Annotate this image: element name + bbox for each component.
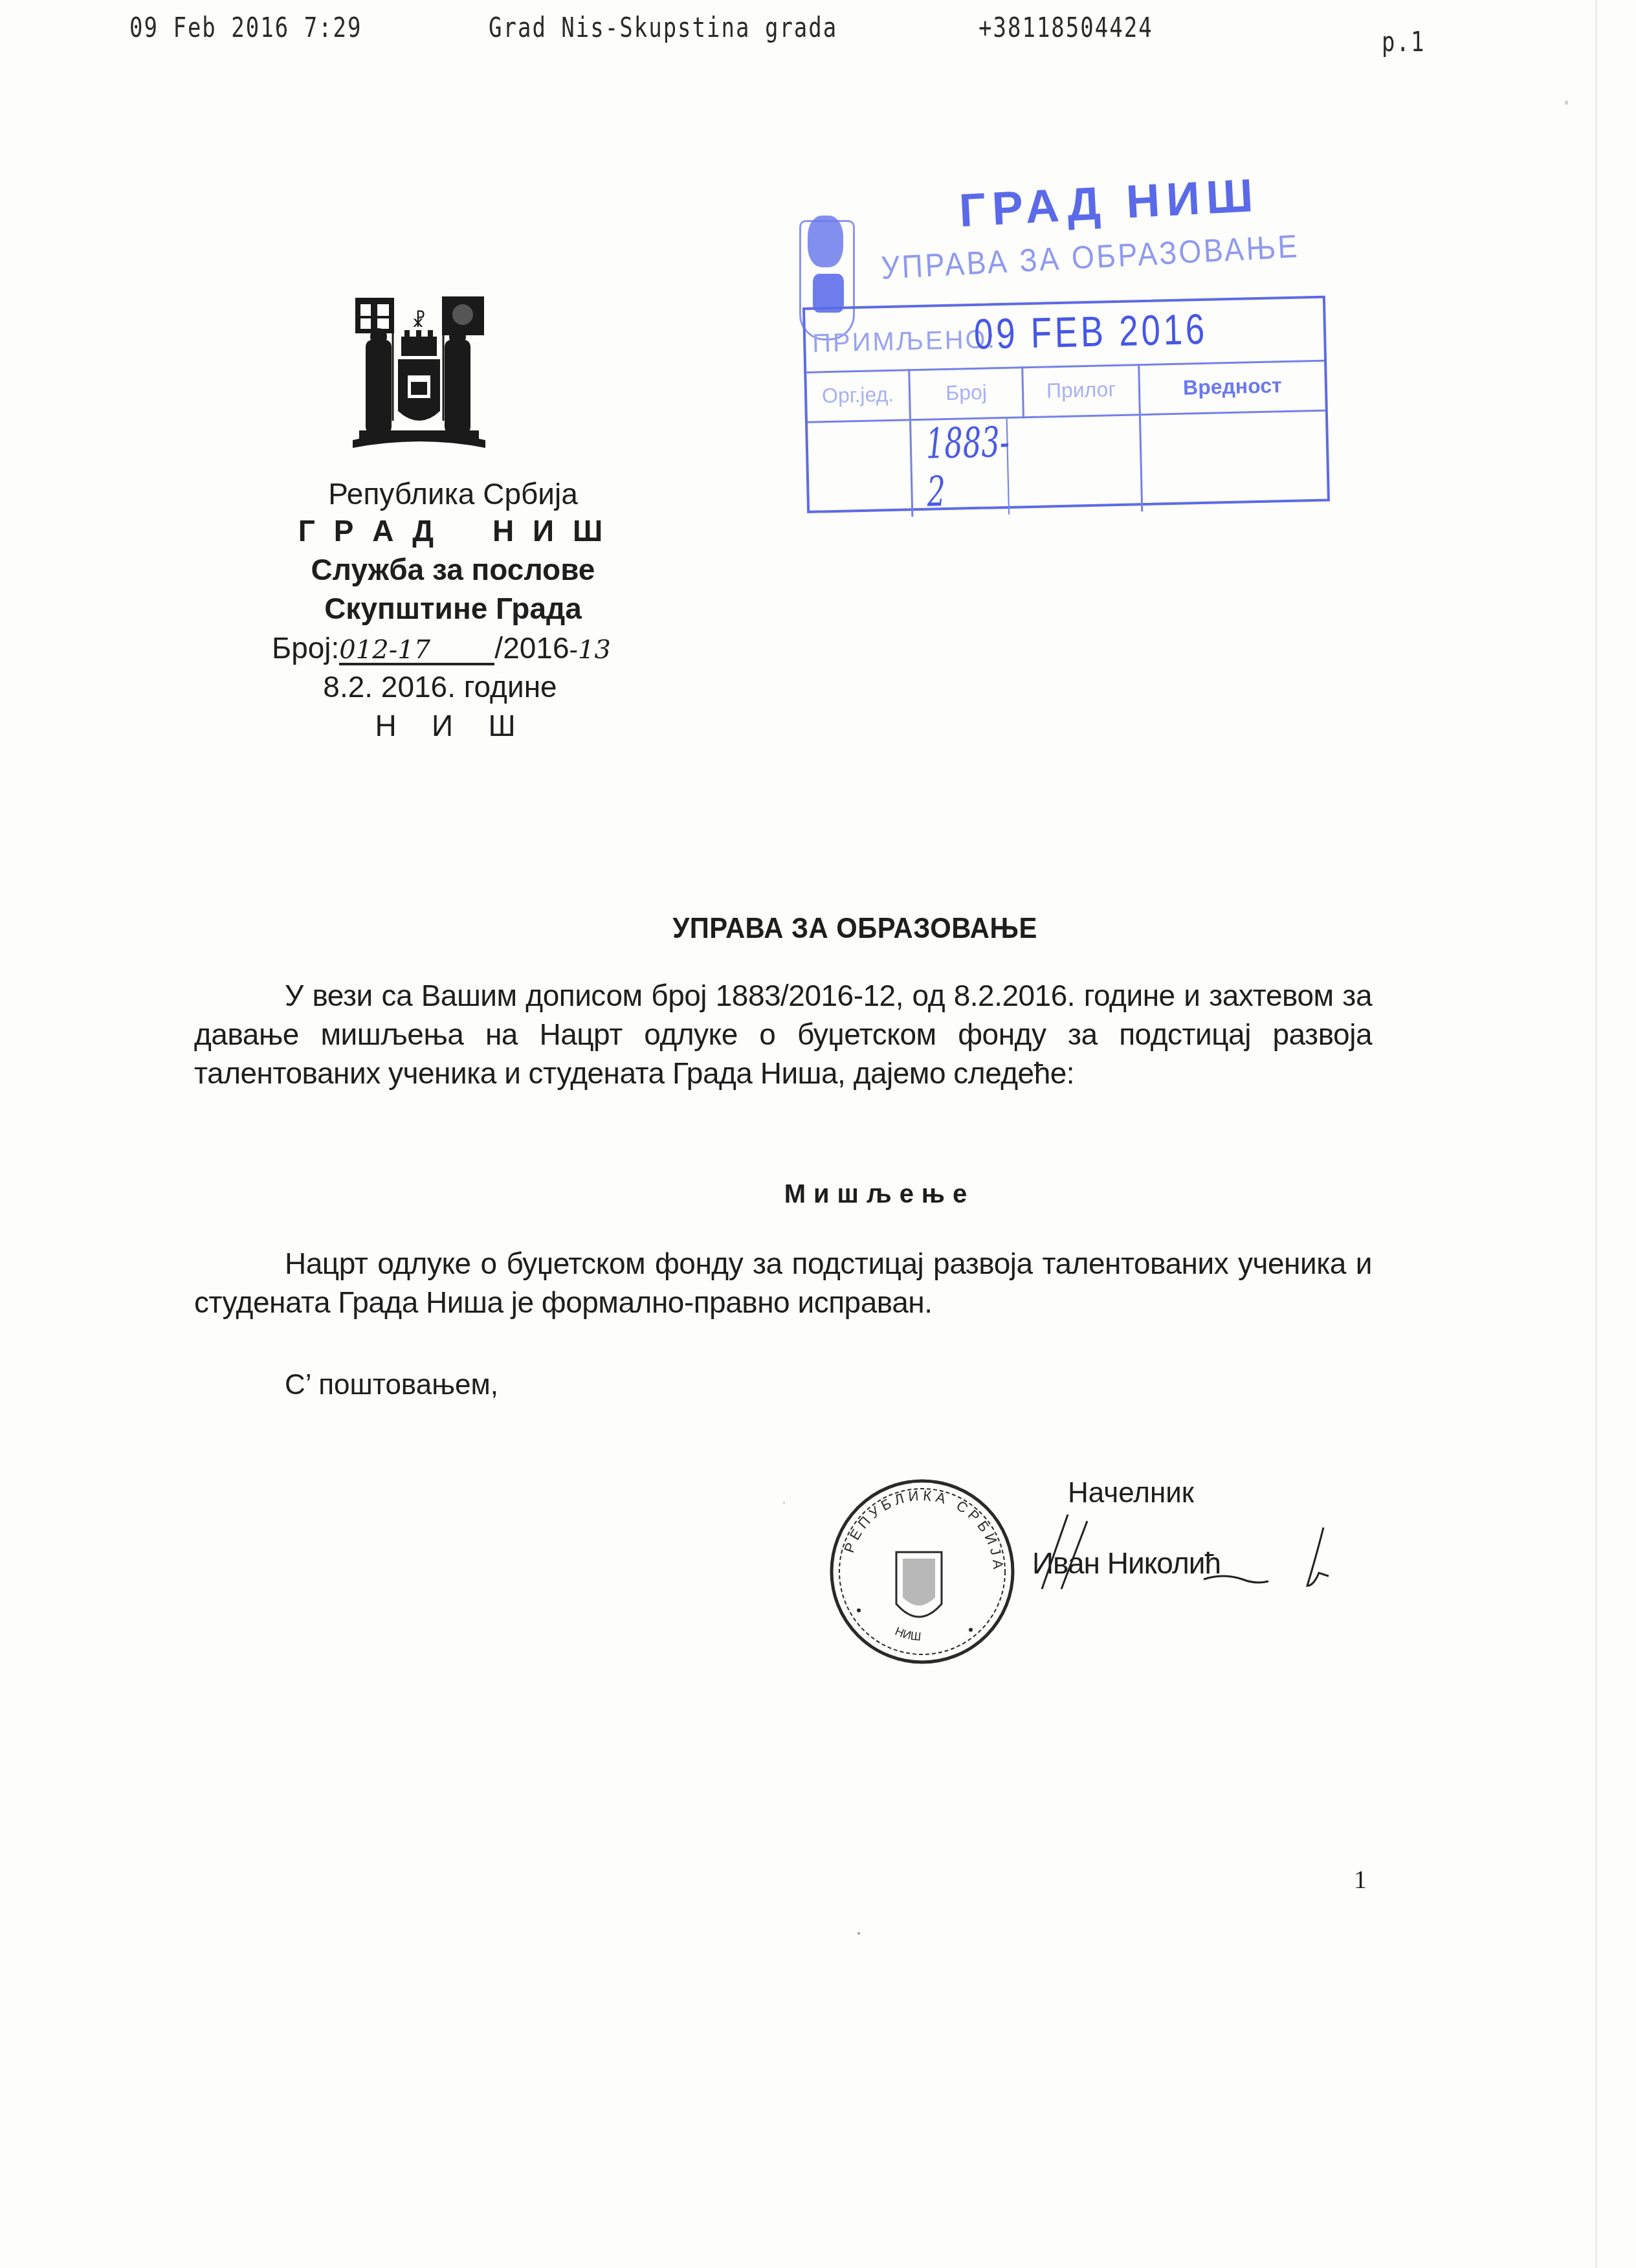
letterhead-country: Република Србија: [246, 479, 660, 509]
number-handwritten: 012-17: [339, 635, 430, 665]
page-number: 1: [1354, 1864, 1367, 1895]
svg-text:НИШ: НИШ: [893, 1625, 922, 1643]
stamp-department: УПРАВА ЗА ОБРАЗОВАЊЕ: [880, 227, 1301, 287]
stamp-received-date: 09 FEB 2016: [973, 304, 1208, 359]
scan-speck: [783, 1502, 785, 1504]
received-stamp: ПРИМЉЕНО: 09 FEB 2016 Орг.јед. Број Прил…: [802, 296, 1330, 513]
number-handwritten-suffix: -13: [569, 635, 610, 665]
scan-edge: [1595, 0, 1597, 2268]
stamp-val-attachment: [1024, 416, 1143, 514]
letterhead-date: 8.2. 2016. године: [233, 672, 647, 702]
stamp-title: ГРАД НИШ: [958, 169, 1261, 238]
number-suffix: /2016: [494, 631, 569, 665]
opinion-paragraph: Нацрт одлуке о буџетском фонду за подсти…: [194, 1244, 1372, 1322]
stamp-val-number: 1883-2: [928, 419, 1010, 517]
opinion-heading: Мишљење: [0, 1180, 1636, 1209]
stamp-received-label: ПРИМЉЕНО:: [812, 325, 997, 358]
fax-phone: +38118504424: [978, 12, 1153, 44]
fax-sender: Grad Nis-Skupstina grada: [489, 12, 837, 44]
stamp-val-org-unit: [808, 421, 913, 519]
number-label: Број:: [272, 631, 339, 665]
handwritten-signature-icon: [1022, 1476, 1385, 1605]
svg-text:☧: ☧: [412, 310, 426, 331]
city-of-nis-coat-of-arms-icon: ☧: [346, 291, 492, 453]
stamp-col-attachment: Прилог: [1023, 364, 1141, 418]
opinion-text: Нацрт одлуке о буџетском фонду за подсти…: [194, 1244, 1372, 1322]
scan-speck: [1565, 100, 1568, 105]
intro-text: У вези са Вашим дописом број 1883/2016-1…: [194, 976, 1372, 1093]
recipient-heading: УПРАВА ЗА ОБРАЗОВАЊЕ: [41, 913, 1595, 945]
stamp-col-value: Вредност: [1140, 360, 1325, 416]
letterhead-office-line1: Служба за послове: [246, 555, 660, 584]
letterhead-city: Г Р А Д Н И Ш: [246, 516, 660, 546]
closing: С’ поштовањем,: [285, 1369, 498, 1401]
stamp-val-value: [1141, 412, 1327, 511]
letterhead-number: Број:012-17/2016-13: [272, 633, 686, 665]
stamp-col-org-unit: Орг.јед.: [806, 369, 911, 423]
fax-datetime: 09 Feb 2016 7:29: [129, 12, 362, 44]
scan-speck: [857, 1932, 860, 1935]
official-round-seal-icon: РЕПУБЛИКА СРБИЈА НИШ: [825, 1474, 1019, 1669]
stamp-col-number: Број: [910, 366, 1024, 421]
intro-paragraph: У вези са Вашим дописом број 1883/2016-1…: [194, 976, 1372, 1093]
fax-page: p.1: [1382, 26, 1425, 58]
letterhead-place: Н И Ш: [239, 711, 654, 740]
letterhead-office-line2: Скупштине Града: [246, 594, 660, 623]
